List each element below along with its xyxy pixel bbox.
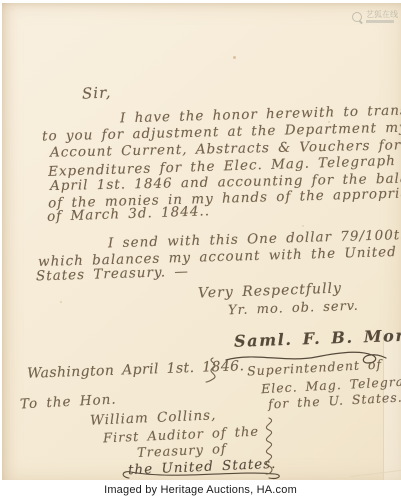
image-credit: Imaged by Heritage Auctions, HA.com: [104, 484, 297, 496]
watermark-subtext-bar: [366, 20, 394, 23]
watermark: 艺狐在线: [352, 10, 398, 24]
footer-strip: Imaged by Heritage Auctions, HA.com: [0, 480, 401, 500]
recipient-squiggle: [259, 416, 279, 476]
watermark-text: 艺狐在线: [366, 10, 398, 19]
foxing-speck: [60, 301, 62, 303]
magnifier-icon: [352, 12, 364, 24]
foxing-speck: [233, 56, 236, 59]
date-squiggle: [202, 356, 218, 384]
salutation: Sir,: [82, 83, 112, 103]
foxing-speck: [302, 225, 304, 227]
